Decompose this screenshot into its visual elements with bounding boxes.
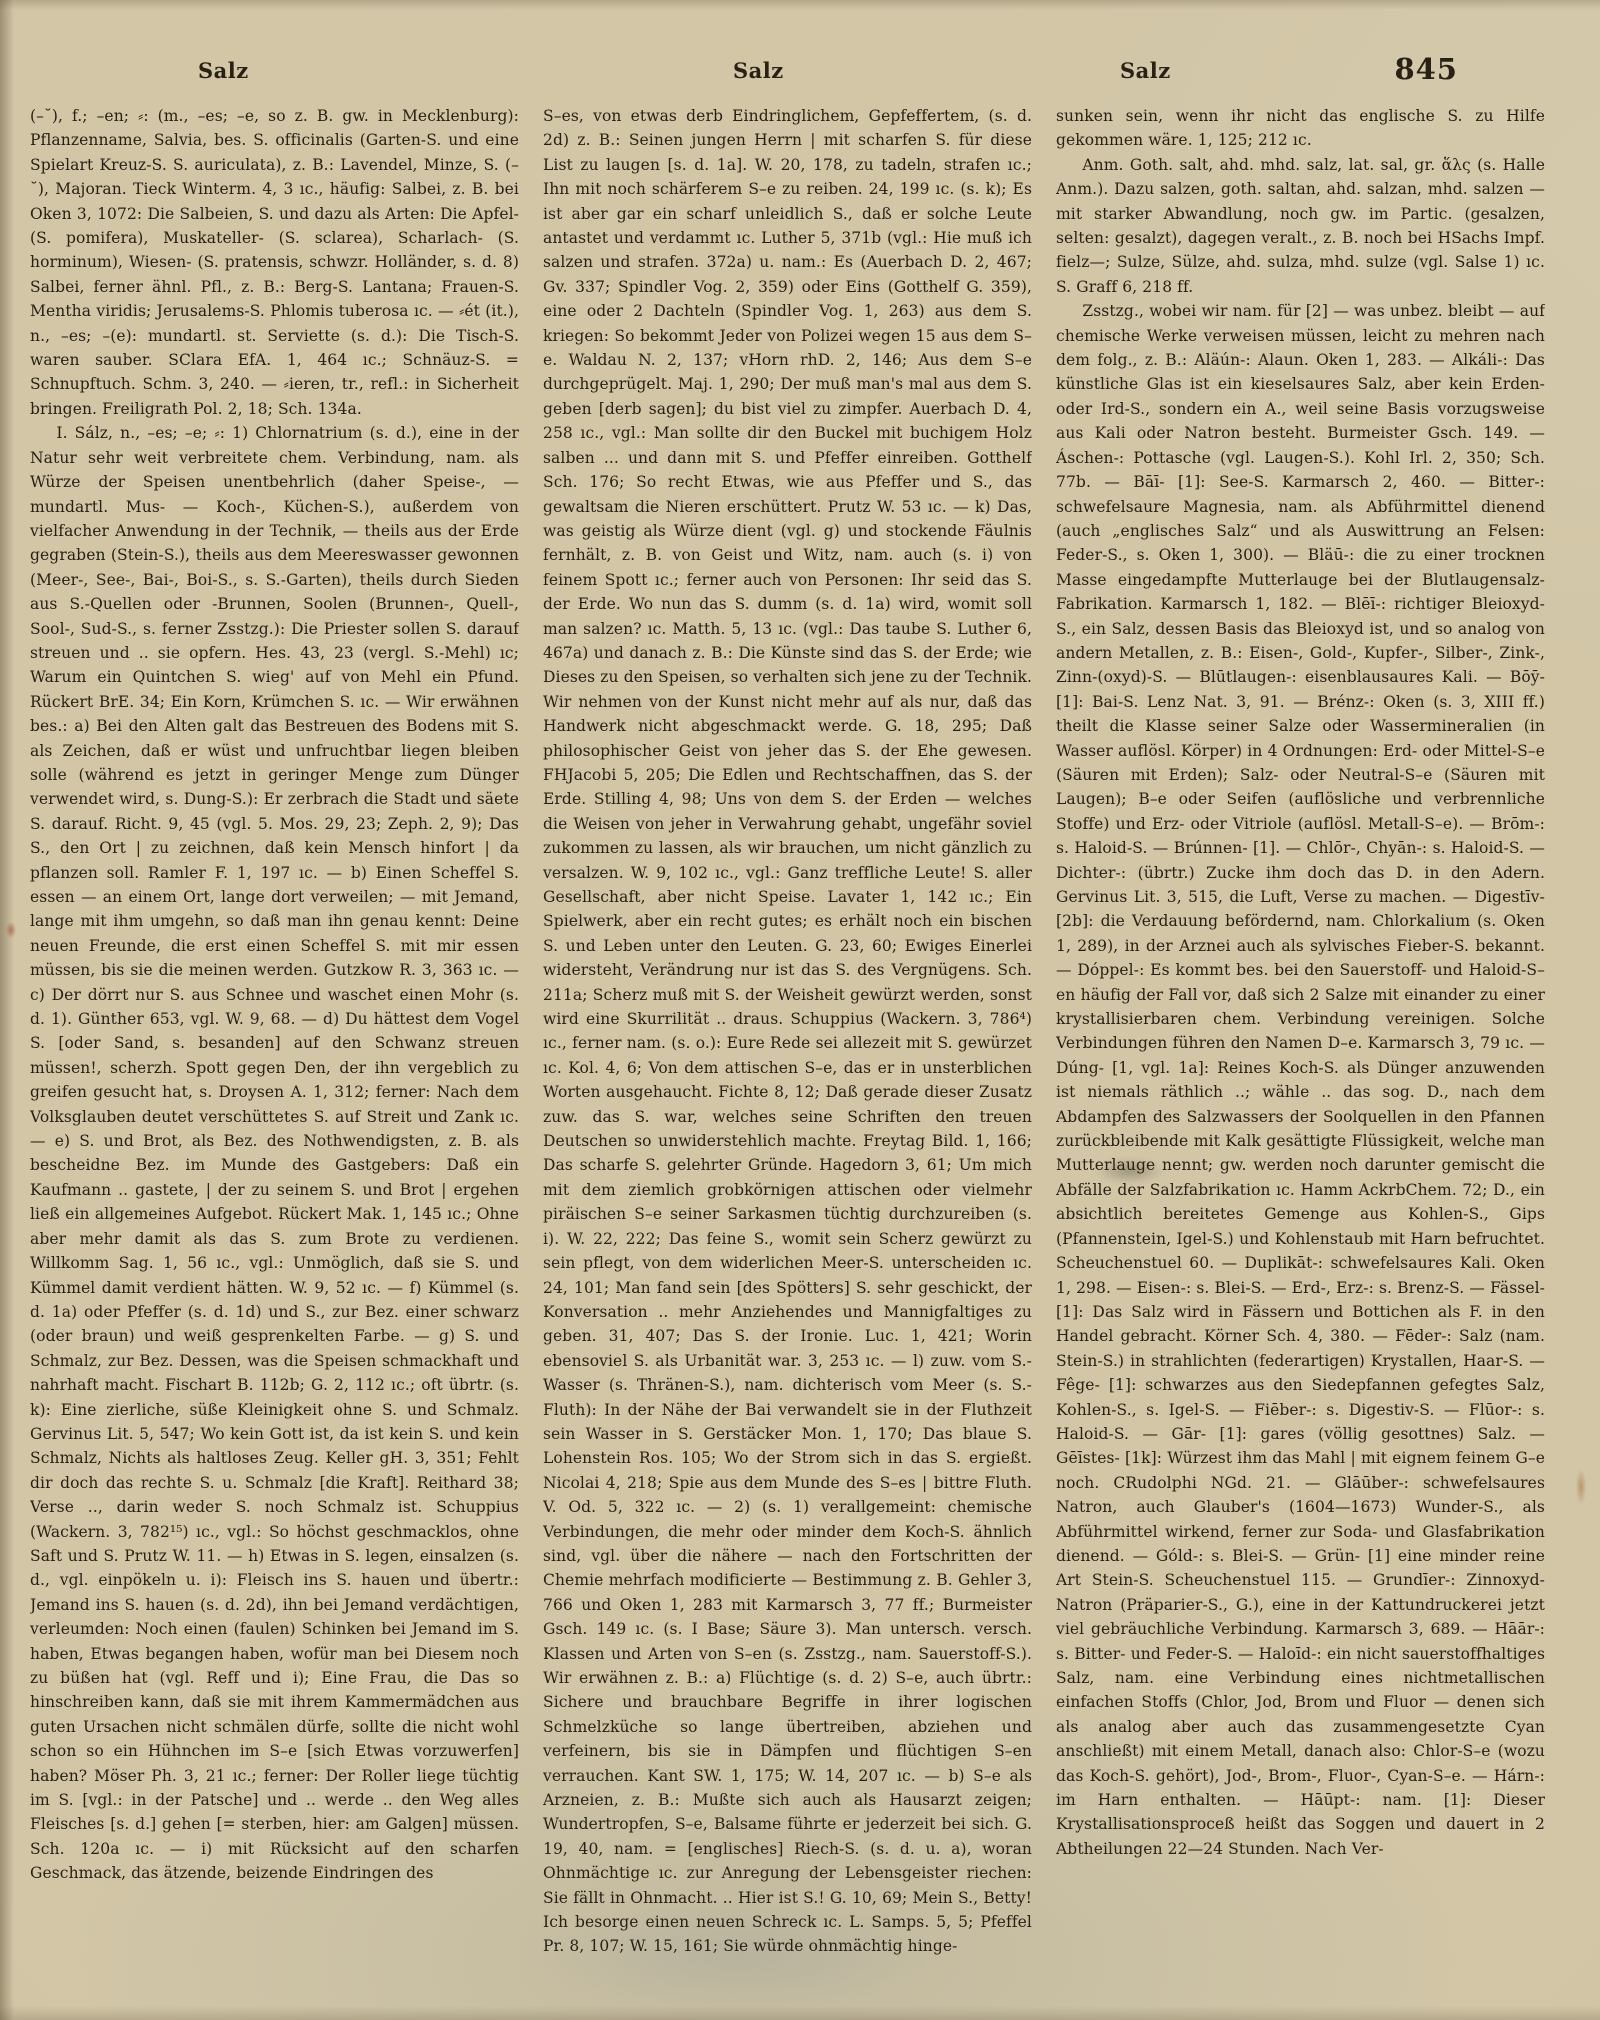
scan-edge-shadow-left xyxy=(0,0,14,2020)
paragraph: Zsstzg., wobei wir nam. für [2] — was un… xyxy=(1056,299,1545,1861)
column-3: sunken sein, wenn ihr nicht das englisch… xyxy=(1056,104,1545,1984)
running-title-right: Salz xyxy=(1120,58,1171,83)
scan-edge-shadow-top xyxy=(0,0,1600,10)
running-head: Salz Salz Salz 845 xyxy=(0,58,1600,100)
text-columns: (–˘), f.; –en; ⸗: (m., –es; –e, so z. B.… xyxy=(30,104,1545,1984)
running-title-left: Salz xyxy=(198,58,249,83)
paragraph: Anm. Goth. salt, ahd. mhd. salz, lat. sa… xyxy=(1056,153,1545,299)
paragraph: sunken sein, wenn ihr nicht das englisch… xyxy=(1056,104,1545,153)
paragraph: S–es, von etwas derb Eindringlichem, Gep… xyxy=(543,104,1032,1959)
paragraph: (–˘), f.; –en; ⸗: (m., –es; –e, so z. B.… xyxy=(30,104,519,421)
scan-edge-shadow-bottom xyxy=(0,2006,1600,2020)
paragraph: I. Sálz, n., –es; –e; ⸗: 1) Chlornatrium… xyxy=(30,421,519,1885)
running-title-center: Salz xyxy=(733,58,784,83)
paper-fleck xyxy=(1576,1470,1586,1504)
column-2: S–es, von etwas derb Eindringlichem, Gep… xyxy=(543,104,1032,1984)
column-1: (–˘), f.; –en; ⸗: (m., –es; –e, so z. B.… xyxy=(30,104,519,1984)
scanned-dictionary-page: Salz Salz Salz 845 (–˘), f.; –en; ⸗: (m.… xyxy=(0,0,1600,2020)
page-number: 845 xyxy=(1394,52,1458,86)
